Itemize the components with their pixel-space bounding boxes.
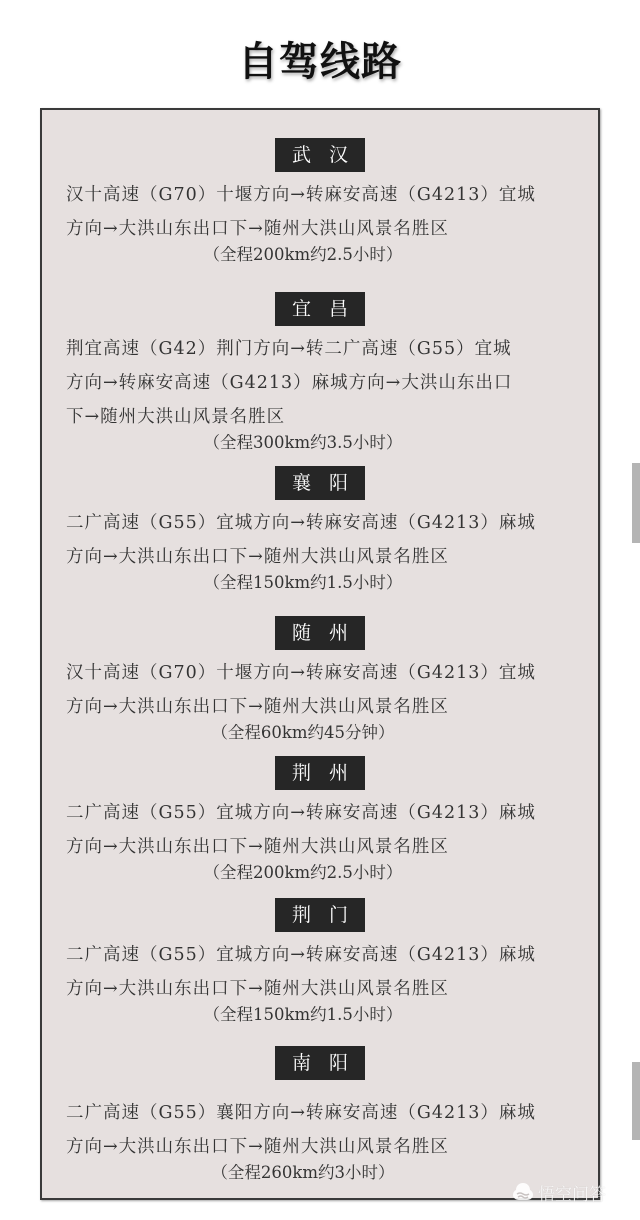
route-section-yichang: 宜 昌 荆宜高速（G42）荆门方向→转二广高速（G55）宜城 方向→转麻安高速（… — [42, 292, 598, 456]
city-tag: 武 汉 — [275, 138, 365, 172]
route-description: 汉十高速（G70）十堰方向→转麻安高速（G4213）宜城 方向→大洪山东出口下→… — [66, 656, 576, 724]
city-tag: 随 州 — [275, 616, 365, 650]
route-description: 汉十高速（G70）十堰方向→转麻安高速（G4213）宜城 方向→大洪山东出口下→… — [66, 178, 576, 246]
city-tag: 荆 州 — [275, 756, 365, 790]
route-line: 方向→大洪山东出口下→随州大洪山风景名胜区 — [66, 690, 576, 724]
route-line: 方向→大洪山东出口下→随州大洪山风景名胜区 — [66, 830, 576, 864]
route-section-xiangyang: 襄 阳 二广高速（G55）宜城方向→转麻安高速（G4213）麻城 方向→大洪山东… — [42, 466, 598, 596]
watermark: 悟空问答 — [512, 1180, 606, 1204]
scrollbar-thumb[interactable] — [632, 1062, 640, 1140]
route-description: 二广高速（G55）宜城方向→转麻安高速（G4213）麻城 方向→大洪山东出口下→… — [66, 796, 576, 864]
route-description: 荆宜高速（G42）荆门方向→转二广高速（G55）宜城 方向→转麻安高速（G421… — [66, 332, 576, 434]
route-line: 方向→大洪山东出口下→随州大洪山风景名胜区 — [66, 212, 576, 246]
route-section-nanyang: 南 阳 二广高速（G55）襄阳方向→转麻安高速（G4213）麻城 方向→大洪山东… — [42, 1046, 598, 1186]
route-line: 方向→大洪山东出口下→随州大洪山风景名胜区 — [66, 1130, 576, 1164]
route-section-jingmen: 荆 门 二广高速（G55）宜城方向→转麻安高速（G4213）麻城 方向→大洪山东… — [42, 898, 598, 1028]
scrollbar-thumb[interactable] — [632, 463, 640, 543]
city-tag: 荆 门 — [275, 898, 365, 932]
route-section-suizhou: 随 州 汉十高速（G70）十堰方向→转麻安高速（G4213）宜城 方向→大洪山东… — [42, 616, 598, 746]
route-line: 方向→大洪山东出口下→随州大洪山风景名胜区 — [66, 540, 576, 574]
route-line: 下→随州大洪山风景名胜区 — [66, 400, 576, 434]
route-section-jingzhou: 荆 州 二广高速（G55）宜城方向→转麻安高速（G4213）麻城 方向→大洪山东… — [42, 756, 598, 886]
route-line: 荆宜高速（G42）荆门方向→转二广高速（G55）宜城 — [66, 332, 576, 366]
route-description: 二广高速（G55）宜城方向→转麻安高速（G4213）麻城 方向→大洪山东出口下→… — [66, 506, 576, 574]
route-line: 汉十高速（G70）十堰方向→转麻安高速（G4213）宜城 — [66, 178, 576, 212]
city-tag: 南 阳 — [275, 1046, 365, 1080]
route-description: 二广高速（G55）襄阳方向→转麻安高速（G4213）麻城 方向→大洪山东出口下→… — [66, 1096, 576, 1164]
wukong-logo-icon — [512, 1182, 534, 1202]
city-tag: 宜 昌 — [275, 292, 365, 326]
route-section-wuhan: 武 汉 汉十高速（G70）十堰方向→转麻安高速（G4213）宜城 方向→大洪山东… — [42, 138, 598, 268]
route-description: 二广高速（G55）宜城方向→转麻安高速（G4213）麻城 方向→大洪山东出口下→… — [66, 938, 576, 1006]
city-tag: 襄 阳 — [275, 466, 365, 500]
routes-panel: 武 汉 汉十高速（G70）十堰方向→转麻安高速（G4213）宜城 方向→大洪山东… — [40, 108, 600, 1200]
route-line: 汉十高速（G70）十堰方向→转麻安高速（G4213）宜城 — [66, 656, 576, 690]
watermark-text: 悟空问答 — [538, 1180, 606, 1205]
route-line: 二广高速（G55）宜城方向→转麻安高速（G4213）麻城 — [66, 938, 576, 972]
page-title: 自驾线路 — [0, 36, 640, 88]
route-line: 方向→大洪山东出口下→随州大洪山风景名胜区 — [66, 972, 576, 1006]
route-line: 二广高速（G55）宜城方向→转麻安高速（G4213）麻城 — [66, 796, 576, 830]
route-line: 二广高速（G55）襄阳方向→转麻安高速（G4213）麻城 — [66, 1096, 576, 1130]
route-line: 方向→转麻安高速（G4213）麻城方向→大洪山东出口 — [66, 366, 576, 400]
route-line: 二广高速（G55）宜城方向→转麻安高速（G4213）麻城 — [66, 506, 576, 540]
